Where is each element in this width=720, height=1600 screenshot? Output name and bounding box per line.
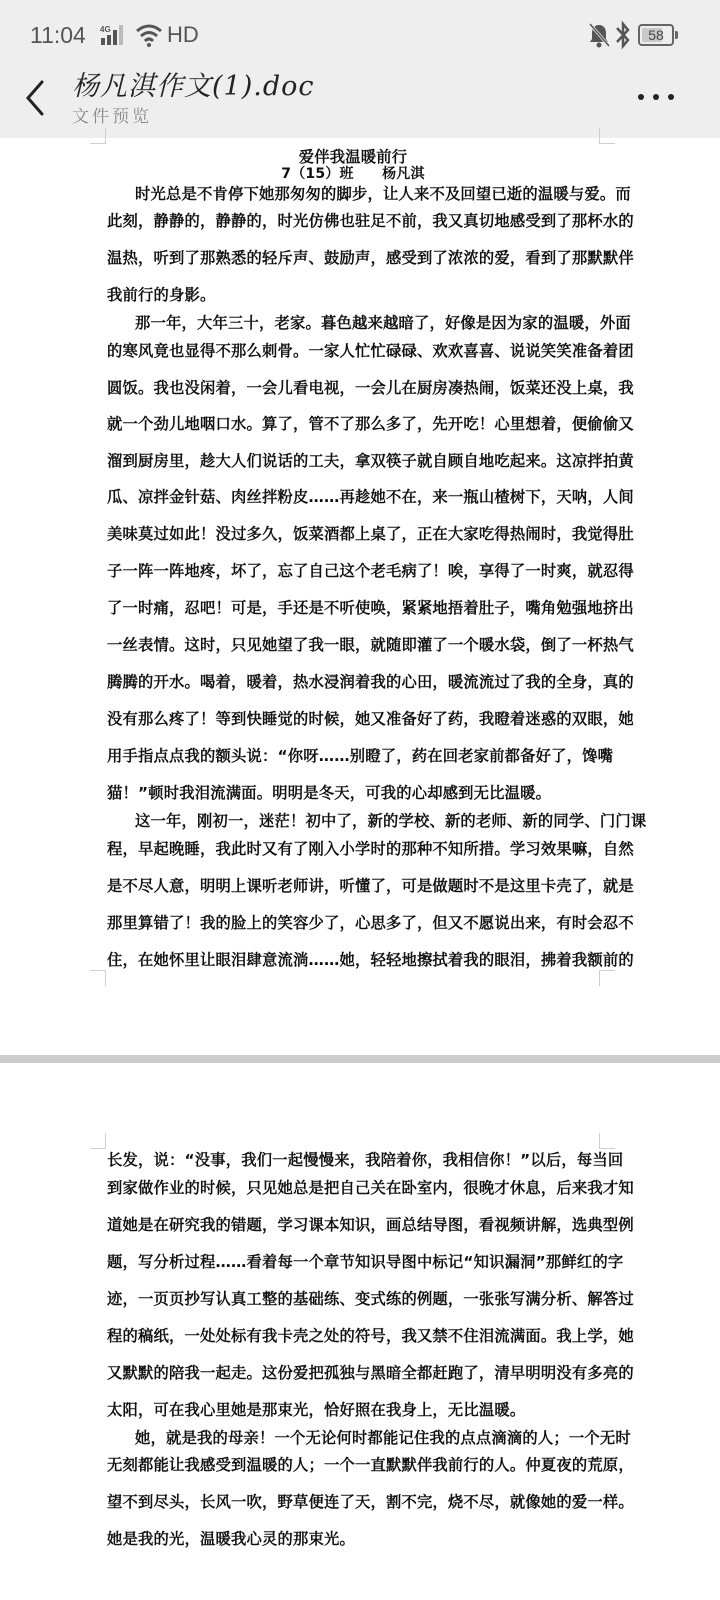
text-line: 又默默的陪我一起走。这份爱把孤独与黑暗全都赶跑了，清早明明没有多亮的	[107, 1361, 599, 1383]
text-line: 温热，听到了那熟悉的轻斥声、鼓励声，感受到了浓浓的爱，看到了那默默伴	[107, 246, 599, 268]
text-line: 时光总是不肯停下她那匆匆的脚步，让人来不及回望已逝的温暖与爱。而	[135, 182, 599, 204]
text-line: 我前行的身影。	[107, 283, 599, 305]
text-line: 她是我的光，温暖我心灵的那束光。	[107, 1527, 599, 1549]
svg-text:4G: 4G	[100, 25, 111, 34]
status-bar: 11:04 4G HD 58	[0, 0, 720, 70]
text-line: 圆饭。我也没闲着，一会儿看电视，一会儿在厨房凑热闹，饭菜还没上桌，我	[107, 376, 599, 398]
more-dot-icon	[653, 94, 659, 100]
text-line: 那一年，大年三十，老家。暮色越来越暗了，好像是因为家的温暖，外面	[135, 311, 599, 333]
text-line: 一丝表情。这时，只见她望了我一眼，就随即灌了一个暖水袋，倒了一杯热气	[107, 633, 599, 655]
text-line: 用手指点点我的额头说：“你呀……别瞪了，药在回老家前都备好了，馋嘴	[107, 744, 599, 766]
text-line: 无刻都能让我感受到温暖的人；一个一直默默伴我前行的人。仲夏夜的荒原，	[107, 1453, 599, 1475]
text-line: 是不尽人意，明明上课听老师讲，听懂了，可是做题时不是这里卡壳了，就是	[107, 874, 599, 896]
text-line: 的寒风竟也显得不那么刺骨。一家人忙忙碌碌、欢欢喜喜、说说笑笑准备着团	[107, 339, 599, 361]
essay-author: 7（15）班 杨凡淇	[107, 163, 599, 183]
text-line: 这一年，刚初一，迷茫！初中了，新的学校、新的老师、新的同学、门门课	[135, 809, 599, 831]
page-corner-mark	[599, 1133, 615, 1149]
text-line: 美味莫过如此！没过多久，饭菜酒都上桌了，正在大家吃得热闹时，我觉得肚	[107, 522, 599, 544]
app-header-bar: 11:04 4G HD 58	[0, 0, 720, 138]
document-title: 杨凡淇作文(1).doc	[72, 64, 315, 103]
text-line: 她，就是我的母亲！一个无论何时都能记住我的点点滴滴的人；一个无时	[135, 1426, 599, 1448]
text-line: 腾腾的开水。喝着，暖着，热水浸润着我的心田，暖流流过了我的全身，真的	[107, 670, 599, 692]
text-line: 长发，说：“没事，我们一起慢慢来，我陪着你，我相信你！”以后，每当回	[107, 1148, 599, 1170]
text-line: 那里算错了！我的脸上的笑容少了，心思多了，但又不愿说出来，有时会忍不	[107, 911, 599, 933]
page-corner-mark	[90, 970, 106, 986]
text-line: 太阳，可在我心里她是那束光，恰好照在我身上，无比温暖。	[107, 1398, 599, 1420]
text-line: 此刻，静静的，静静的，时光仿佛也驻足不前，我又真切地感受到了那杯水的	[107, 209, 599, 231]
text-line: 望不到尽头，长风一吹，野草便连了天，割不完，烧不尽，就像她的爱一样。	[107, 1490, 599, 1512]
battery-level: 58	[640, 26, 672, 44]
page-corner-mark	[599, 128, 615, 144]
document-subtitle: 文件预览	[72, 102, 152, 127]
battery-indicator: 58	[638, 24, 674, 46]
cellular-signal-icon: 4G	[100, 24, 130, 46]
text-line: 了一时痛，忍吧！可是，手还是不听使唤，紧紧地捂着肚子，嘴角勉强地挤出	[107, 596, 599, 618]
page-corner-mark	[90, 128, 106, 144]
text-line: 题，写分析过程……看着每一个章节知识导图中标记“知识漏洞”那鲜红的字	[107, 1250, 599, 1272]
page-corner-mark	[90, 1133, 106, 1149]
bluetooth-icon	[614, 20, 632, 50]
text-line: 程，早起晚睡，我此时又有了刚入小学时的那种不知所措。学习效果嘛，自然	[107, 837, 599, 859]
battery-cap	[675, 31, 678, 39]
text-line: 猫！”顿时我泪流满面。明明是冬天，可我的心却感到无比温暖。	[107, 781, 599, 803]
text-line: 迹，一页页抄写认真工整的基础练、变式练的例题，一张张写满分析、解答过	[107, 1287, 599, 1309]
text-line: 就一个劲儿地咽口水。算了，管不了那么多了，先开吃！心里想着，便偷偷又	[107, 412, 599, 434]
page-separator	[0, 1055, 720, 1063]
status-time: 11:04	[30, 22, 86, 49]
hd-indicator: HD	[167, 22, 199, 48]
text-line: 住，在她怀里让眼泪肆意流淌……她，轻轻地擦拭着我的眼泪，拂着我额前的	[107, 948, 599, 970]
more-dot-icon	[668, 94, 674, 100]
text-line: 瓜、凉拌金针菇、肉丝拌粉皮……再趁她不在，来一瓶山楂树下，天呐，人间	[107, 485, 599, 507]
text-line: 到家做作业的时候，只见她总是把自己关在卧室内，很晚才休息，后来我才知	[107, 1176, 599, 1198]
document-page-1[interactable]: 爱伴我温暖前行 7（15）班 杨凡淇 时光总是不肯停下她那匆匆的脚步，让人来不及…	[0, 138, 720, 1078]
document-page-2[interactable]: 长发，说：“没事，我们一起慢慢来，我陪着你，我相信你！”以后，每当回 到家做作业…	[0, 1063, 720, 1600]
text-line: 程的稿纸，一处处标有我卡壳之处的符号，我又禁不住泪流满面。我上学，她	[107, 1324, 599, 1346]
back-chevron-icon[interactable]	[18, 78, 54, 118]
more-dot-icon	[638, 94, 644, 100]
text-line: 没有那么疼了！等到快睡觉的时候，她又准备好了药，我瞪着迷惑的双眼，她	[107, 707, 599, 729]
page-corner-mark	[599, 970, 615, 986]
wifi-icon	[135, 22, 163, 48]
text-line: 道她是在研究我的错题，学习课本知识，画总结导图，看视频讲解，选典型例	[107, 1213, 599, 1235]
text-line: 子一阵一阵地疼，坏了，忘了自己这个老毛病了！唉，享得了一时爽，就忍得	[107, 559, 599, 581]
more-options-button[interactable]	[636, 86, 676, 108]
bell-muted-icon	[588, 22, 610, 48]
text-line: 溜到厨房里，趁大人们说话的工夫，拿双筷子就自顾自地吃起来。这凉拌拍黄	[107, 449, 599, 471]
